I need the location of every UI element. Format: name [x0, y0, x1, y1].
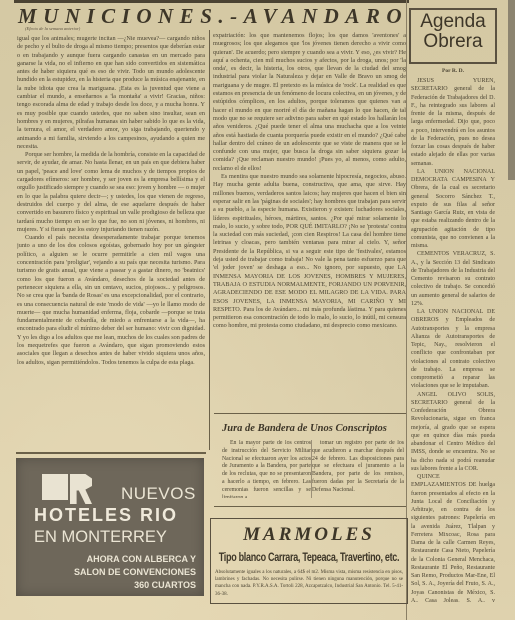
agenda-item: CEMENTOS VERACRUZ, S. A., y la Sección 1…	[411, 250, 495, 308]
hotel-rio-logo-icon	[42, 474, 92, 504]
article-column-2: expatriación: los que mantenemos flojos;…	[213, 32, 406, 381]
article-paragraph: Es mentira que nuestro mundo sea solamen…	[213, 173, 406, 331]
agenda-title: Agenda Obrera	[411, 12, 495, 52]
jura-column-1: En la mayor parte de los centros de inst…	[222, 440, 311, 498]
ad-top-rule	[16, 452, 206, 454]
article-paragraph: igual que los animales; mugerte incitan …	[17, 35, 205, 151]
jura-headline: Jura de Bandera de Unos Conscriptos	[222, 423, 387, 434]
column-divider	[311, 440, 312, 498]
newspaper-page: MUNICIONES.-AVANDARO (Efecto de la seman…	[0, 0, 515, 620]
agenda-item: LA UNION NACIONAL DE OBREROS y Empleados…	[411, 308, 495, 391]
hotel-rio-advertisement: NUEVOS HOTELES RIO EN MONTERREY AHORA CO…	[16, 458, 204, 596]
ad-details: AHORA CON ALBERCA Y SALON DE CONVENCIONE…	[40, 553, 196, 592]
agenda-item: ANGEL OLIVO SOLIS, SECRETARIO general de…	[411, 391, 495, 474]
article-column-1: igual que los animales; mugerte incitan …	[17, 35, 205, 455]
ad-line: NUEVOS	[121, 484, 196, 504]
ad-line: HOTELES RIO	[34, 505, 204, 526]
ad-subtitle: Tipo blanco Carrara, Tepeaca, Travertino…	[215, 550, 403, 564]
article-headline: MUNICIONES.-AVANDARO	[18, 4, 408, 26]
section-divider	[214, 506, 406, 507]
marmoles-advertisement: MARMOLES Tipo blanco Carrara, Tepeaca, T…	[210, 518, 408, 604]
ad-line: EN MONTERREY	[34, 528, 204, 547]
jura-column-2: tomar un registro por parte de los que a…	[312, 440, 404, 498]
article-caption: (Efecto de la semana anterior)	[25, 26, 80, 31]
article-paragraph: Cuando el país necesita desesperadamente…	[17, 234, 205, 367]
agenda-byline: Por R. D.	[410, 68, 496, 74]
article-paragraph: expatriación: los que mantenemos flojos;…	[213, 32, 406, 173]
section-divider	[214, 413, 406, 414]
ad-title: MARMOLES	[211, 524, 407, 546]
agenda-item: QUINCE EMPLAZAMIENTOS DE huelga fueron p…	[411, 473, 495, 602]
agenda-item: LA UNION NACIONAL DEMOCRATA CAMPESINA Y …	[411, 168, 495, 251]
column-divider	[209, 30, 210, 450]
top-rule	[14, 0, 409, 3]
agenda-column: JESUS YUREN, SECRETARIO general de la Fe…	[411, 77, 495, 602]
ad-body: Absolutamente iguales a los naturales, a…	[215, 569, 403, 598]
adjacent-page-edge	[508, 0, 515, 180]
article-paragraph: Porque ser hombre, la medida de la hombr…	[17, 151, 205, 234]
agenda-obrera-masthead: Agenda Obrera	[409, 8, 497, 64]
agenda-item: JESUS YUREN, SECRETARIO general de la Fe…	[411, 77, 495, 168]
